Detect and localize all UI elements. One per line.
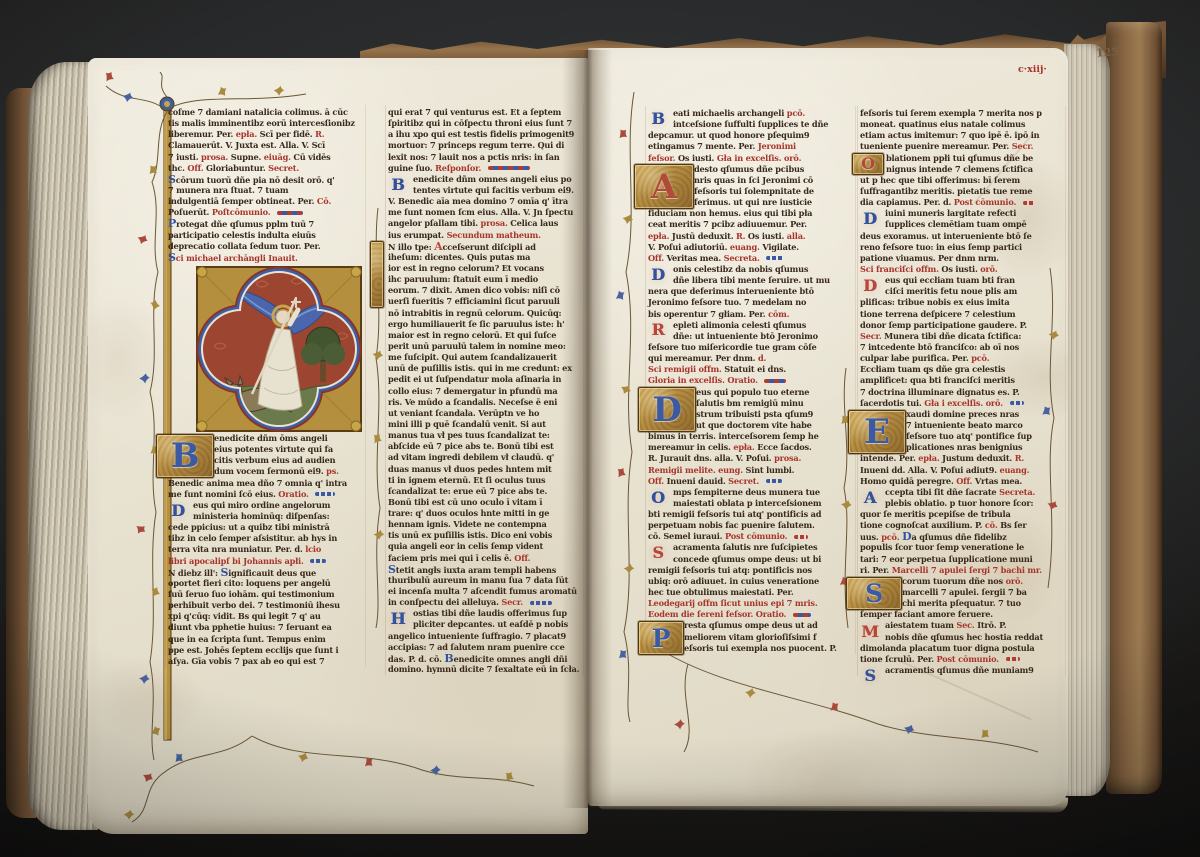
illuminated-initial-A: A <box>856 488 884 508</box>
text-line: trare: q' duos oculos hnte mitti in ge <box>388 508 582 519</box>
text-line: cō. Semel iuraui. Post cōmunio. <box>648 531 854 542</box>
body-text: Os iusti. <box>678 153 717 163</box>
rubric-text: libri apocalipſ bi Johannis apłi. <box>168 556 306 566</box>
text-line: ihc paruulum: ſtatuit eum ī medio <box>388 274 582 285</box>
body-text: ut que doctorem vite habe <box>696 420 812 430</box>
body-text: acramenta ſalutis nre ſuſcipietes <box>673 542 817 552</box>
rubric-text: epła. <box>733 442 757 452</box>
text-line: quor ſe meritis pcepiſse de tribula <box>860 509 1064 520</box>
text-line: dimolanda placatum tuor digna postula <box>860 643 1064 654</box>
text-line: dñe libera tibi mente ſeruire. ut mu <box>648 275 854 286</box>
pen-line-filler <box>793 613 811 617</box>
text-line: manus tua vł pes tuus ſcandalizat te: <box>388 430 582 441</box>
body-text: participatio celestis indulta eiuūs <box>168 230 316 240</box>
body-text: ferimus. ut qui nre iusticie <box>694 197 812 207</box>
body-text: Jeronimo feſsore tuo. 7 medelam no <box>648 297 806 307</box>
text-line: mini illi p quē ſcandalū venit. Si aut <box>388 419 582 430</box>
body-text: 7 munera nra ſtuat. 7 tuam <box>168 185 288 195</box>
text-line: ostias tibi dñe laudis offerimus ſup <box>388 608 582 619</box>
text-line: amplificet: qua bti franciſci meritis <box>860 375 1064 386</box>
text-line: aiestatem tuam Sec. Itrō. P. <box>860 620 1064 631</box>
rubric-text: R. <box>315 129 324 139</box>
illuminated-initial-O: O <box>644 488 672 508</box>
body-text: maior est in regno celorū. Et qui ſuſce <box>388 330 556 340</box>
text-line: patione viuamus. Per dnm nrm. <box>860 253 1064 264</box>
rubric-text: Off. <box>648 253 667 263</box>
illuminated-initial-P: P <box>638 621 684 654</box>
body-text: hennam ignis. Videte ne contempna <box>388 519 547 529</box>
body-text: ministeria hominūq: diſpenſas: <box>193 511 329 521</box>
text-line: ti in ignem eternū. Et ſi oculus tuus <box>388 475 582 486</box>
illuminated-initial-O: O <box>852 153 884 175</box>
body-text: perpetuam nobis fac puenire ſalutem. <box>648 520 815 530</box>
body-text: diunt vba pphetie huius: 7 ſeruant ea <box>168 622 332 632</box>
text-line: ut veniant ſcandala. Verūptn ve ho <box>388 408 582 419</box>
body-text: aſya. Gīa vobis 7 pax ab eo qui est 7 <box>168 656 324 666</box>
body-text: intende. Per. <box>860 453 918 463</box>
text-line: Homo quidā peregre. Off. Vrtas mea. <box>860 476 1064 487</box>
body-text: nignus intende 7 clemens ſctifica <box>886 164 1033 174</box>
rubric-text: d. <box>758 353 766 363</box>
text-line: tione terrena deſpicere 7 celestium <box>860 309 1064 320</box>
body-text: Gloriabuntur. <box>206 163 268 173</box>
body-text: nris quas in ſci Jeronimi cō <box>694 175 813 185</box>
body-text: enedicite dñm omnes angeli eius po <box>413 174 571 184</box>
text-line: qui mereamur. Per dnm. d. <box>648 353 854 364</box>
body-text: marcelli 7 apulei. ſergii 7 ba <box>902 587 1027 597</box>
text-line: eati michaelis archangeli pcō. <box>648 108 854 119</box>
illuminated-initial-M: M <box>856 621 884 641</box>
text-line: lexit nos: 7 lauit nos a pctis nris: in … <box>388 152 582 163</box>
text-line: Sci michael archāngli Inauit. <box>168 252 364 263</box>
text-line: tis malis imminentibz eorū intercesſioni… <box>168 118 364 129</box>
body-text: tentes virtute qui facitis verbum ei9. <box>413 185 574 195</box>
text-line: maiestati oblata p interceſsionem <box>648 498 854 509</box>
body-text: Inueni dauid. <box>667 476 729 486</box>
text-line: deprecatio collata ſedum tuor. Per. <box>168 241 364 252</box>
pen-line-filler <box>766 256 784 260</box>
rubric-text: Eodem die ſereni feſsor. Oratio. <box>648 609 789 619</box>
rubric-text: Secret. <box>268 163 299 173</box>
body-text: acramentis qſumus dñe muniam9 <box>885 665 1034 675</box>
text-column-left-2: qui erat 7 qui venturus est. Et a ſeptem… <box>388 107 582 675</box>
text-line: das. P. d. cō. Benedicite omnes angłi dñ… <box>388 653 582 664</box>
text-line: Poſuerūt. Poſtcōmunio. <box>168 207 364 218</box>
text-line: eus qui eccłiam tuam bti fran <box>860 275 1064 286</box>
text-line: ris. Ve mūdo a ſcandalis. Neceſse ē eni <box>388 397 582 408</box>
text-line: Secr. Munera tibi dñe dicata ſctifica: <box>860 331 1064 342</box>
text-line: me ſunt nomen ſcm eius. Alla. V. Jn ſpec… <box>388 207 582 218</box>
body-text: 7 intcedente btō franciſco: ab oī nos <box>860 342 1019 352</box>
text-line: donor ſemp participatione gaudere. P. <box>860 320 1064 331</box>
body-text: ſacerdotis tui. <box>860 398 924 408</box>
text-line: ubiq: orō adiuuet. in cuius veneratione <box>648 576 854 587</box>
body-text: angelor pſallam tibi. <box>388 218 481 228</box>
body-text: trare: q' duos oculos hnte mitti in ge <box>388 508 549 518</box>
body-text: plicationes nras benignius <box>906 442 1022 452</box>
pen-line-filler <box>1023 201 1035 205</box>
text-line: Inueni dd. Alla. V. Poſui adiut9. euang. <box>860 465 1064 476</box>
rubric-text: Secr. <box>1012 141 1034 151</box>
text-line: ppe est. Johēs ſeptem ecclijs que ſunt i <box>168 645 364 656</box>
body-text: Sint lumbi. <box>746 465 795 475</box>
pen-line-filler <box>530 601 552 605</box>
body-text: ccepta tibi ſit dñe ſacrate <box>885 487 999 497</box>
text-line: plificas: tribue nobis ex eius imita <box>860 297 1064 308</box>
text-line: maior est in regno celorū. Et qui ſuſce <box>388 330 582 341</box>
text-line: mereamur in celis. epła. Ecce ſacdos. <box>648 442 854 453</box>
body-text: oportet fieri cito: loquens per angelū <box>168 578 331 588</box>
rubric-text: R. <box>1015 453 1024 463</box>
body-text: Veritas mea. <box>667 253 724 263</box>
text-line: qui erat 7 qui venturus est. Et a ſeptem <box>388 107 582 118</box>
illuminated-initial-B: B <box>644 109 672 129</box>
body-text: dñe libera tibi mente ſeruire. ut mu <box>673 275 830 285</box>
body-text: qui erat 7 qui venturus est. Et a ſeptem <box>388 107 561 117</box>
text-line: hec tue obtulimus maiestati. Per. <box>648 587 854 598</box>
illuminated-initial-B: B <box>156 434 214 479</box>
body-text: mps ſempiterne deus munera tue <box>673 487 820 497</box>
body-text: meliorem vitam glorioſiſsimi f <box>684 632 816 642</box>
body-text: unū de puſillis istis. qui in me credunt… <box>388 363 572 373</box>
illuminated-initial-B: B <box>384 174 412 194</box>
rubric-text: eiuāg. <box>264 152 294 162</box>
body-text: tione terrena deſpicere 7 celestium <box>860 309 1015 319</box>
body-text: cede ppicius: ut a quibz tibi ministrā <box>168 522 330 532</box>
body-text: ergo humiliauerit ſe ſic paruulus iste: … <box>388 319 564 329</box>
text-line: concede qſumus ompe deus: ut bi <box>648 554 854 565</box>
text-line: tentes virtute qui facitis verbum ei9. <box>388 185 582 196</box>
body-text: tione cognoſcat auxilium. P. <box>860 520 985 530</box>
body-text: remigii feſsoris tui atq: pontificis nos <box>648 565 812 575</box>
illuminated-initial-D: D <box>164 501 192 521</box>
rubric-text: euang. <box>730 242 762 252</box>
text-line: collo eius: 7 demergatur in pfundū ma <box>388 386 582 397</box>
rubric-text: Secreta. <box>724 253 763 263</box>
body-text: ſcandalizat te: erue eū 7 pice abs te. <box>388 486 547 496</box>
rubric-text: Oratio. <box>278 489 311 499</box>
text-line: moneat. quatinus eius natale colimus <box>860 119 1064 130</box>
text-line: V. Poſui adiutoriū. euang. Vigilate. <box>648 242 854 253</box>
illuminated-initial-S: S <box>856 666 884 686</box>
text-line: tione cognoſcat auxilium. P. cō. Bs ſer <box>860 520 1064 531</box>
text-line: me ſunt nomini ſcō eius. Oratio. <box>168 489 364 500</box>
text-line: ri. Per. Marcelli 7 apulei ſergi 7 bachi… <box>860 565 1064 576</box>
rubric-text: Sci franciſci offm. <box>860 264 941 274</box>
folio-number: 125 <box>1096 45 1120 60</box>
body-text: N illo tpe: <box>388 242 434 252</box>
body-text: ſupplices clemētiam tuam ompē <box>885 219 1027 229</box>
body-text: chi merita pſequatur. 7 tuo <box>902 598 1021 608</box>
body-text: duas manus vł duos pedes hntem mit <box>388 464 552 474</box>
text-line: culpar labe purifica. Per. pcō. <box>860 353 1064 364</box>
body-text: ris. Ve mūdo a ſcandalis. Neceſse ē eni <box>388 397 557 407</box>
rubric-text: Post cōmunio. <box>954 197 1019 207</box>
left-page: coſme 7 damiani natalicia colimus. ā cūc… <box>88 58 588 834</box>
body-text: Scī per fidē. <box>260 129 315 139</box>
text-line: Clamauerūt. V. Juxta est. Alla. V. Scī <box>168 140 364 151</box>
text-line: thuribulū aureum in manu ſua 7 data ſūt <box>388 575 582 586</box>
body-text: eius potentes virtute qui fa <box>214 444 333 454</box>
rubric-text: Poſtcōmunio. <box>212 207 273 217</box>
body-text: bis operentur 7 głiam. Per. <box>648 309 768 319</box>
text-line: cede ppicius: ut a quibz tibi ministrā <box>168 522 364 533</box>
rubric-text: Secreta. <box>999 487 1035 497</box>
text-line: mps ſempiterne deus munera tue <box>648 487 854 498</box>
body-text: Bonū tibi est cū uno oculo ī vitam ī <box>388 497 542 507</box>
body-text: fiduciam non hemus. eius qui tibi pła <box>648 208 812 218</box>
body-text: Benedic anima mea dño 7 omnia q' intra <box>168 478 347 488</box>
pen-line-filler <box>794 535 808 539</box>
text-line: feſsor. Os iusti. Gła in excelſis. orō. <box>648 153 854 164</box>
rubric-text: Secret. <box>728 476 762 486</box>
body-text: corum tuorum dñe nos <box>902 576 1006 586</box>
rubric-text: feſsor. <box>648 153 678 163</box>
body-text: pedit ei ut ſuſpendatur mola aſinaria in <box>388 374 561 384</box>
text-line: Leodegarij offm ſicut unius epi 7 mris. <box>648 598 854 609</box>
text-line: Bonū tibi est cū uno oculo ī vitam ī <box>388 497 582 508</box>
body-text: indulgentiā ſemper obtineat. Per. <box>168 196 317 206</box>
body-text: Itrō. P. <box>977 620 1006 630</box>
text-line: aſya. Gīa vobis 7 pax ab eo qui est 7 <box>168 656 364 667</box>
body-text: blationem ppłi tui qſumus dñe be <box>886 153 1033 163</box>
body-text: manus tua vł pes tuus ſcandalizat te: <box>388 430 550 440</box>
text-line: accipias: 7 ad ſalutem nram puenire cce <box>388 642 582 653</box>
text-line: Stetit angłs iuxta aram templi habens <box>388 564 582 575</box>
body-text: enedicite dñm ōms angeli <box>214 433 328 443</box>
book-cover-right <box>1106 22 1162 794</box>
illuminated-initial-A: A <box>634 164 694 209</box>
body-text: patione viuamus. Per dnm nrm. <box>860 253 999 263</box>
body-text: domino. hymnū dicite 7 ſexaltate eū in ſ… <box>388 664 579 674</box>
illuminated-initial-D: D <box>644 265 672 285</box>
text-line: N diebz ill': Significauit deus que <box>168 567 364 578</box>
text-line: Eccłiam tuam qs dñe gra celestis <box>860 364 1064 375</box>
body-text: plificas: tribue nobis ex eius imita <box>860 297 1009 307</box>
body-text: ſemper faciant amore feruere. <box>860 609 993 619</box>
text-line: ccepta tibi ſit dñe ſacrate Secreta. <box>860 487 1064 498</box>
body-text: feſsoris tui ſerem exempla 7 merita nos … <box>860 108 1042 118</box>
text-line: intende. Per. epła. Justum deduxit. R. <box>860 453 1064 464</box>
body-text: 7 iusti. <box>168 152 201 162</box>
text-line: ſcandalizat te: erue eū 7 pice abs te. <box>388 486 582 497</box>
body-text: dum vocem ſermonū ei9. <box>214 466 326 476</box>
body-text: ostias tibi dñe laudis offerimus ſup <box>413 608 567 618</box>
body-text: ut p hec que tibi offerimus: bī ſerem <box>860 175 1020 185</box>
text-line: guine ſuo. Reſponſor. <box>388 163 582 174</box>
text-line: mortuor: 7 princeps regum terre. Qui di <box>388 140 582 151</box>
text-line: R. Jurauit dns. alla. V. Poſui. prosa. <box>648 453 854 464</box>
rubric-text: pcō. <box>787 108 805 118</box>
text-line: angelico intueniente ſuffragio. 7 placat… <box>388 631 582 642</box>
body-text: terra vita nra muniatur. Per. d. <box>168 544 305 554</box>
body-text: iheſum: dicentes. Quis putas ma <box>388 252 530 262</box>
pen-line-filler <box>277 211 303 215</box>
text-line: participatio celestis indulta eiuūs <box>168 230 364 241</box>
text-line: Scōrum tuorū dñe pia nō desit orō. q' <box>168 174 364 185</box>
text-line: bti remigii feſsoris tui atq' pontificis… <box>648 509 854 520</box>
body-text: me ſuſcipit. Qui autem ſcandalizauerit <box>388 352 557 362</box>
rubric-text: pcō. <box>881 532 902 542</box>
body-text: accipias: 7 ad ſalutem nram puenire cce <box>388 642 565 652</box>
rubric-text: pcō. <box>971 353 989 363</box>
body-text: epleti alimonia celesti qſumus <box>673 320 806 330</box>
text-line: ceat meritis 7 pcibz adiuuemur. Per. <box>648 219 854 230</box>
text-line: ſacerdotis tui. Gła i excelſis. orō. <box>860 398 1064 409</box>
body-text: thc. <box>168 163 187 173</box>
body-text: ti in ignem eternū. Et ſi oculus tuus <box>388 475 545 485</box>
text-line: etiam actus imitemur: 7 quo ipē ē. ipō i… <box>860 130 1064 141</box>
body-text: mortuor: 7 princeps regum terre. Qui di <box>388 140 564 150</box>
body-text: reno feſsore tuo: in eius ſemp partici <box>860 242 1022 252</box>
text-line: deus exoramus. ut interueniente btō ſe <box>860 231 1064 242</box>
body-text: das. P. d. cō. <box>388 654 444 664</box>
pen-line-filler <box>766 479 782 483</box>
ivy-spray-bottom <box>102 730 542 830</box>
body-text: Munera tibi dñe dicata ſctifica: <box>884 331 1021 341</box>
body-text: tueniente puenire mereamur. Per. <box>860 141 1012 151</box>
text-line: ſupplices clemētiam tuam ompē <box>860 219 1064 230</box>
rubric-text: Remigii melite. eung. <box>648 465 746 475</box>
text-line: perit unū paruulū talem in nomine meo: <box>388 341 582 352</box>
body-text: maiestati oblata p interceſsionem <box>673 498 821 508</box>
body-text: nobis dñe qſumus hec hostia reddat <box>885 632 1043 642</box>
body-text: in conſpectu dei alleluya. <box>388 597 501 607</box>
text-line: perpetuam nobis fac puenire ſalutem. <box>648 520 854 531</box>
text-line: V. Benedic aīa mea domino 7 omīa q' ītra <box>388 196 582 207</box>
rubric-text: prosa. <box>201 152 231 162</box>
miniature-gap <box>168 263 364 433</box>
body-text: guine ſuo. <box>388 163 435 173</box>
text-line: remigii feſsoris tui atq: pontificis nos <box>648 565 854 576</box>
rubric-text: alla. <box>787 231 806 241</box>
text-line: epła. Justū deduxit. R. Os iusti. alla. <box>648 231 854 242</box>
lombard-initial: B <box>444 652 453 665</box>
body-text: perhibuit verbo dei. 7 testimoniū ihesu <box>168 600 340 610</box>
body-text: ſuū ſeruo ſuo iohām. qui testimonium <box>168 589 334 599</box>
text-line: pedit ei ut ſuſpendatur mola aſinaria in <box>388 374 582 385</box>
illuminated-initial-D: D <box>856 209 884 229</box>
body-text: concede qſumus ompe deus: ut bi <box>673 554 821 564</box>
body-text: Cū vidēs <box>293 152 330 162</box>
rubric-text: Secr. <box>501 597 525 607</box>
body-text: cceſserunt diſcipli ad <box>443 242 536 252</box>
text-line: 7 intcedente btō franciſco: ab oī nos <box>860 342 1064 353</box>
text-line: eorum. 7 dixit. Amen dico vobis: niſi cō <box>388 285 582 296</box>
body-text: bti remigii feſsoris tui atq' pontificis… <box>648 509 821 519</box>
rubric-text: Post cōmunio. <box>725 531 790 541</box>
body-text: a qſumus dñe fidelibz <box>911 532 1006 542</box>
body-text: xaudi domine preces nras <box>906 409 1019 419</box>
body-text: perit unū paruulū talem in nomine meo: <box>388 341 566 351</box>
body-text: qui mereamur. Per dnm. <box>648 353 758 363</box>
text-line: terra vita nra muniatur. Per. d. lcio <box>168 544 364 555</box>
text-line: ciſci meritis fetu noue plis am <box>860 286 1064 297</box>
text-line: angelor pſallam tibi. prosa. Celica laus <box>388 218 582 229</box>
pen-line-filler <box>1006 657 1020 661</box>
rubric-text: epła. <box>236 129 260 139</box>
illuminated-initial-E: E <box>848 410 906 455</box>
rubric-text: Secr. <box>860 331 884 341</box>
body-text: resta qſumus ompe deus ut ad <box>684 620 818 630</box>
text-line: Jeronimo feſsore tuo. 7 medelam no <box>648 297 854 308</box>
rubric-text: lcio <box>305 544 321 554</box>
body-text: eati michaelis archangeli <box>673 108 787 118</box>
rubric-text: prosa. <box>481 218 511 228</box>
body-text: Clamauerūt. V. Juxta est. Alla. V. Scī <box>168 140 325 150</box>
body-text: eus qui eccłiam tuam bti fran <box>885 275 1015 285</box>
text-line: nobis dñe qſumus hec hostia reddat <box>860 632 1064 643</box>
lombard-initial: S <box>388 563 396 576</box>
illuminated-initial-D: D <box>856 276 884 296</box>
body-text: ceat meritis 7 pcibz adiuuemur. Per. <box>648 219 807 229</box>
body-text: donor ſemp participatione gaudere. P. <box>860 320 1027 330</box>
illuminated-initial-S: S <box>846 577 902 610</box>
body-text: tetit angłs iuxta aram templi habens <box>396 565 556 575</box>
body-text: Vigilate. <box>762 242 799 252</box>
text-line: 7 doctrina illuminare dignatus es. P. <box>860 387 1064 398</box>
body-text: ei incenſa multa 7 aſcendit fumus aromat… <box>388 586 577 596</box>
rubric-text: Jeronimi <box>758 141 796 151</box>
text-column-right-2: feſsoris tui ſerem exempla 7 merita nos … <box>860 108 1064 676</box>
body-text: ior est in regno celorum? Et vocans <box>388 263 544 273</box>
body-text: Supne. <box>231 152 264 162</box>
body-text: eſsoris tui exempla nos puocent. P. <box>684 643 837 653</box>
body-text: Inueni dd. Alla. V. Poſui adiut9. <box>860 465 1000 475</box>
body-text: culpar labe purifica. Per. <box>860 353 971 363</box>
body-text: ppe est. Johēs ſeptem ecclijs que ſunt i <box>168 645 338 655</box>
rubric-text: Secundum matheum. <box>447 230 541 240</box>
rubric-text: Gloria in excelſis. Oratio. <box>648 375 760 385</box>
text-line: tari: 7 eor perpetua ſupplicatione muni <box>860 554 1064 565</box>
text-line: ad vitam ingredi debilem vł claudū. q' <box>388 452 582 463</box>
text-line: ergo humiliauerit ſe ſic paruulus iste: … <box>388 319 582 330</box>
text-line: domino. hymnū dicite 7 ſexaltate eū in ſ… <box>388 664 582 675</box>
illuminated-initial-I: I <box>370 241 384 308</box>
quire-mark: c·xiij· <box>1018 64 1047 75</box>
body-text: V. Poſui adiutoriū. <box>648 242 730 252</box>
body-text: ri. Per. <box>860 565 892 575</box>
body-text: Homo quidā peregre. <box>860 476 956 486</box>
text-line: Eodem die ſereni feſsor. Oratio. <box>648 609 854 620</box>
body-text: Justū deduxit. <box>672 231 736 241</box>
body-text: eus qui populo tuo eterne <box>696 387 809 397</box>
body-text: dimolanda placatum tuor digna postula <box>860 643 1034 653</box>
lombard-initial: A <box>434 240 442 253</box>
body-text: me ſunt nomen ſcm eius. Alla. V. Jn ſpec… <box>388 207 573 217</box>
body-text: nō intrabitis in regnū celorum. Quicūq: <box>388 308 561 318</box>
pen-line-filler <box>764 379 786 383</box>
illuminated-initial-D: D <box>638 387 696 432</box>
body-text: feſsoris tui ſolempnitate de <box>694 186 814 196</box>
body-text: xpi q'cūq: vidit. Bs qui legit 7 q' au <box>168 611 321 621</box>
text-line: 7 iusti. prosa. Supne. eiuāg. Cū vidēs <box>168 152 364 163</box>
text-line: N illo tpe: Acceſserunt diſcipli ad <box>388 241 582 252</box>
text-line: ior est in regno celorum? Et vocans <box>388 263 582 274</box>
body-text: pliciter depcantes. ut eaſdē p nobis <box>413 619 568 629</box>
text-line: faciem pris mei qui ī celis ē. Off. <box>388 553 582 564</box>
pen-line-filler <box>315 492 335 496</box>
text-line: libri apocalipſ bi Johannis apłi. <box>168 556 364 567</box>
body-text: Celica laus <box>510 218 558 228</box>
rubric-text: Off. <box>514 553 530 563</box>
body-text: lexit nos: 7 lauit nos a pctis nris: in … <box>388 152 560 162</box>
text-line: me ſuſcipit. Qui autem ſcandalizauerit <box>388 352 582 363</box>
text-line: intceſsione ſuffulti ſupplices te dñe <box>648 119 854 130</box>
body-text: N diebz ill': <box>168 568 221 578</box>
body-text: abſcide eū 7 pice abs te. Bonū tibi est <box>388 441 554 451</box>
text-line: dia capiamus. Per. d. Post cōmunio. <box>860 197 1064 208</box>
